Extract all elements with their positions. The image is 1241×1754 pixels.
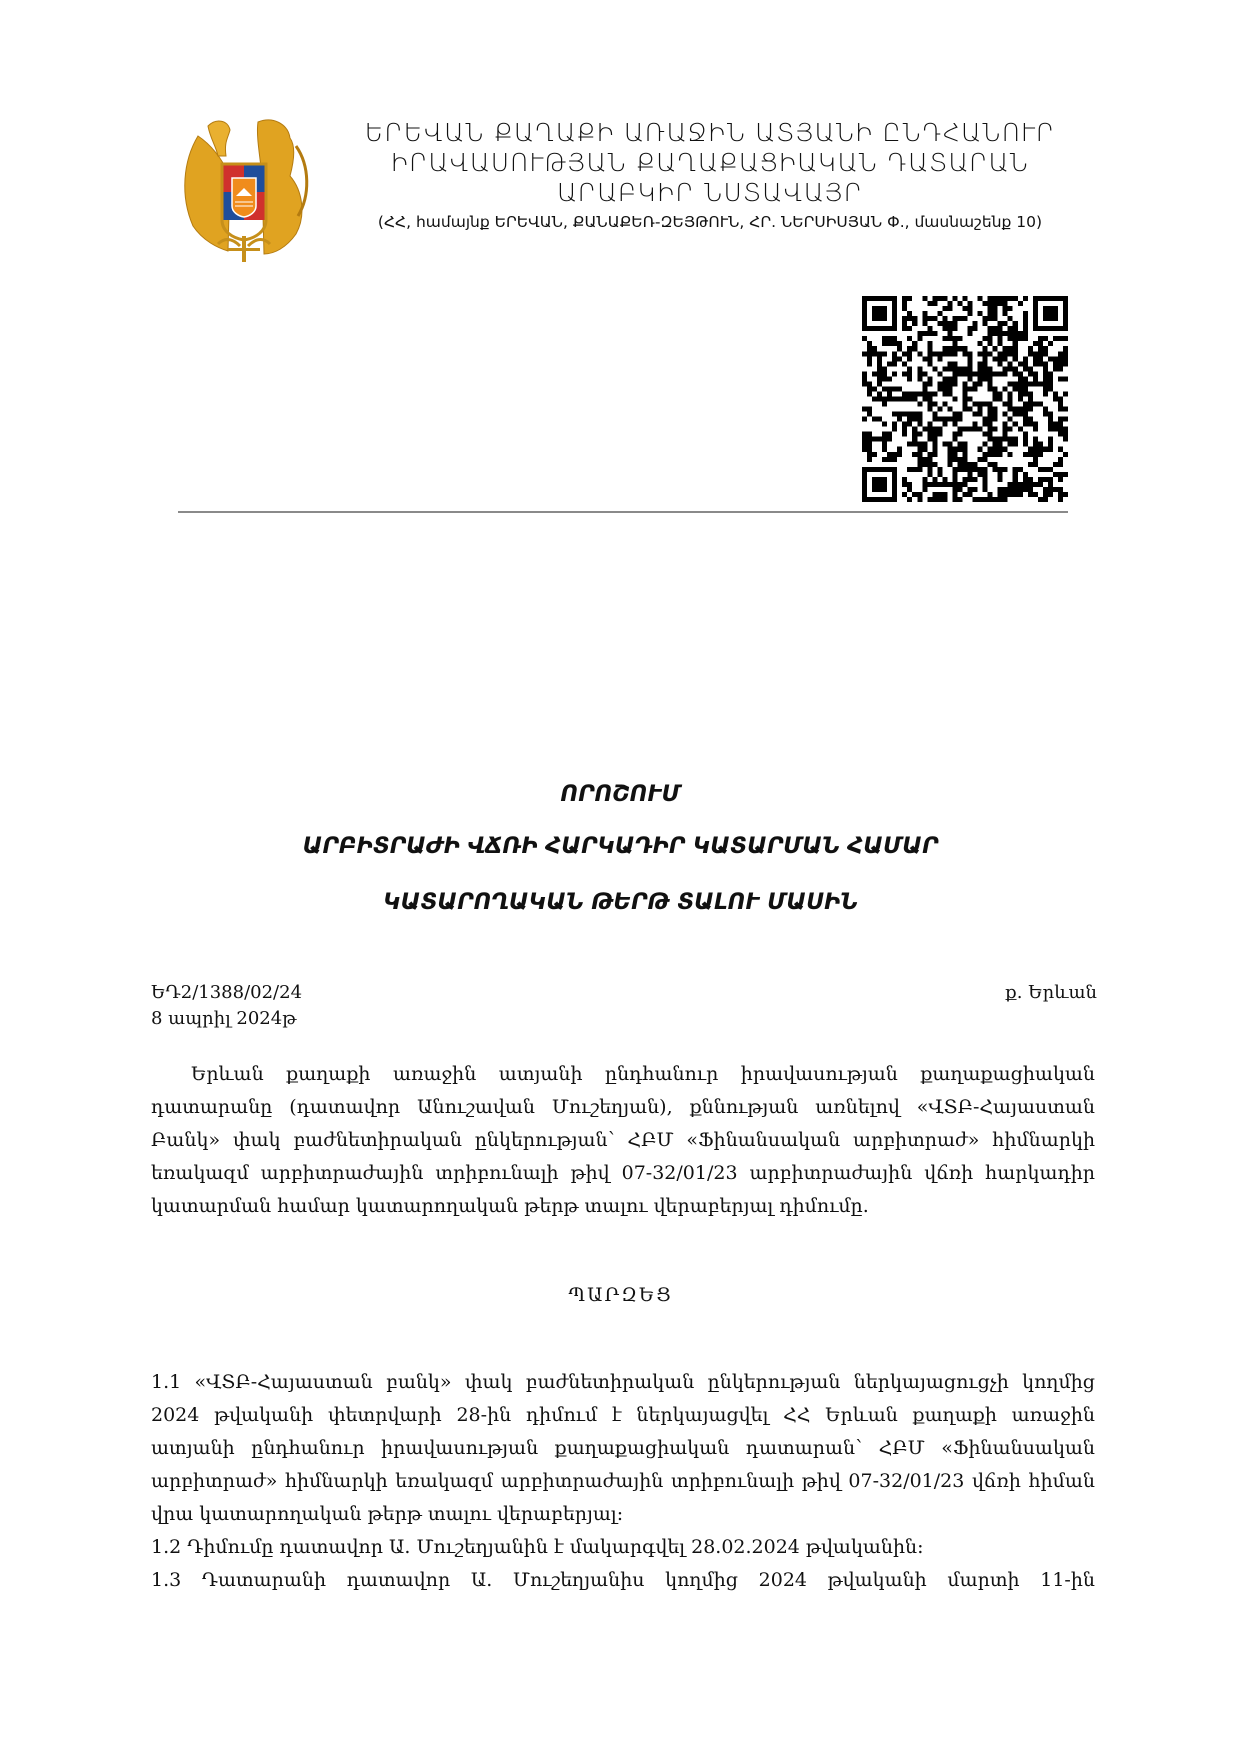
- section-heading: ՊԱՐԶԵՑ: [0, 1284, 1241, 1306]
- case-number: ԵԴ2/1388/02/24: [151, 980, 302, 1006]
- coat-of-arms-emblem: [178, 116, 314, 266]
- court-address: (ՀՀ, համայնք ԵՐԵՎԱՆ, ՔԱՆԱՔԵՌ-ԶԵՅԹՈՒՆ, ՀՐ…: [340, 210, 1080, 234]
- item-1-3: 1.3 Դատարանի դատավոր Ա. Մուշեղյանիս կողմ…: [151, 1564, 1095, 1597]
- document-title: ՈՐՈՇՈՒՄ: [0, 782, 1241, 807]
- armenia-coat-of-arms-icon: [178, 116, 314, 266]
- court-header: ԵՐԵՎԱՆ ՔԱՂԱՔԻ ԱՌԱՋԻՆ ԱՏՅԱՆԻ ԸՆԴՀԱՆՈՒՐ ԻՐ…: [340, 118, 1080, 234]
- qr-code-icon: [862, 296, 1068, 502]
- qr-code: [862, 296, 1068, 502]
- header-divider: [178, 511, 1068, 513]
- court-name-line-3: ԱՐԱԲԿԻՐ ՆՍՏԱՎԱՅՐ: [340, 178, 1080, 208]
- document-subtitle-2: ԿԱՏԱՐՈՂԱԿԱՆ ԹԵՐԹ ՏԱԼՈՒ ՄԱՍԻՆ: [0, 890, 1241, 915]
- court-name-line-2: ԻՐԱՎԱՍՈՒԹՅԱՆ ՔԱՂԱՔԱՑԻԱԿԱՆ ԴԱՏԱՐԱՆ: [340, 148, 1080, 178]
- decision-date: 8 ապրիլ 2024թ: [151, 1006, 296, 1032]
- intro-paragraph: Երևան քաղաքի առաջին ատյանի ընդհանուր իրա…: [151, 1058, 1095, 1223]
- item-1-1: 1.1 «ՎՏԲ-Հայաստան բանկ» փակ բաժնետիրական…: [151, 1366, 1095, 1531]
- court-name-line-1: ԵՐԵՎԱՆ ՔԱՂԱՔԻ ԱՌԱՋԻՆ ԱՏՅԱՆԻ ԸՆԴՀԱՆՈՒՐ: [340, 118, 1080, 148]
- item-1-2: 1.2 Դիմումը դատավոր Ա. Մուշեղյանին է մակ…: [151, 1531, 1095, 1564]
- document-subtitle-1: ԱՐԲԻՏՐԱԺԻ ՎՃՌԻ ՀԱՐԿԱԴԻՐ ԿԱՏԱՐՄԱՆ ՀԱՄԱՐ: [0, 834, 1241, 859]
- decision-city: ք. Երևան: [1005, 980, 1097, 1006]
